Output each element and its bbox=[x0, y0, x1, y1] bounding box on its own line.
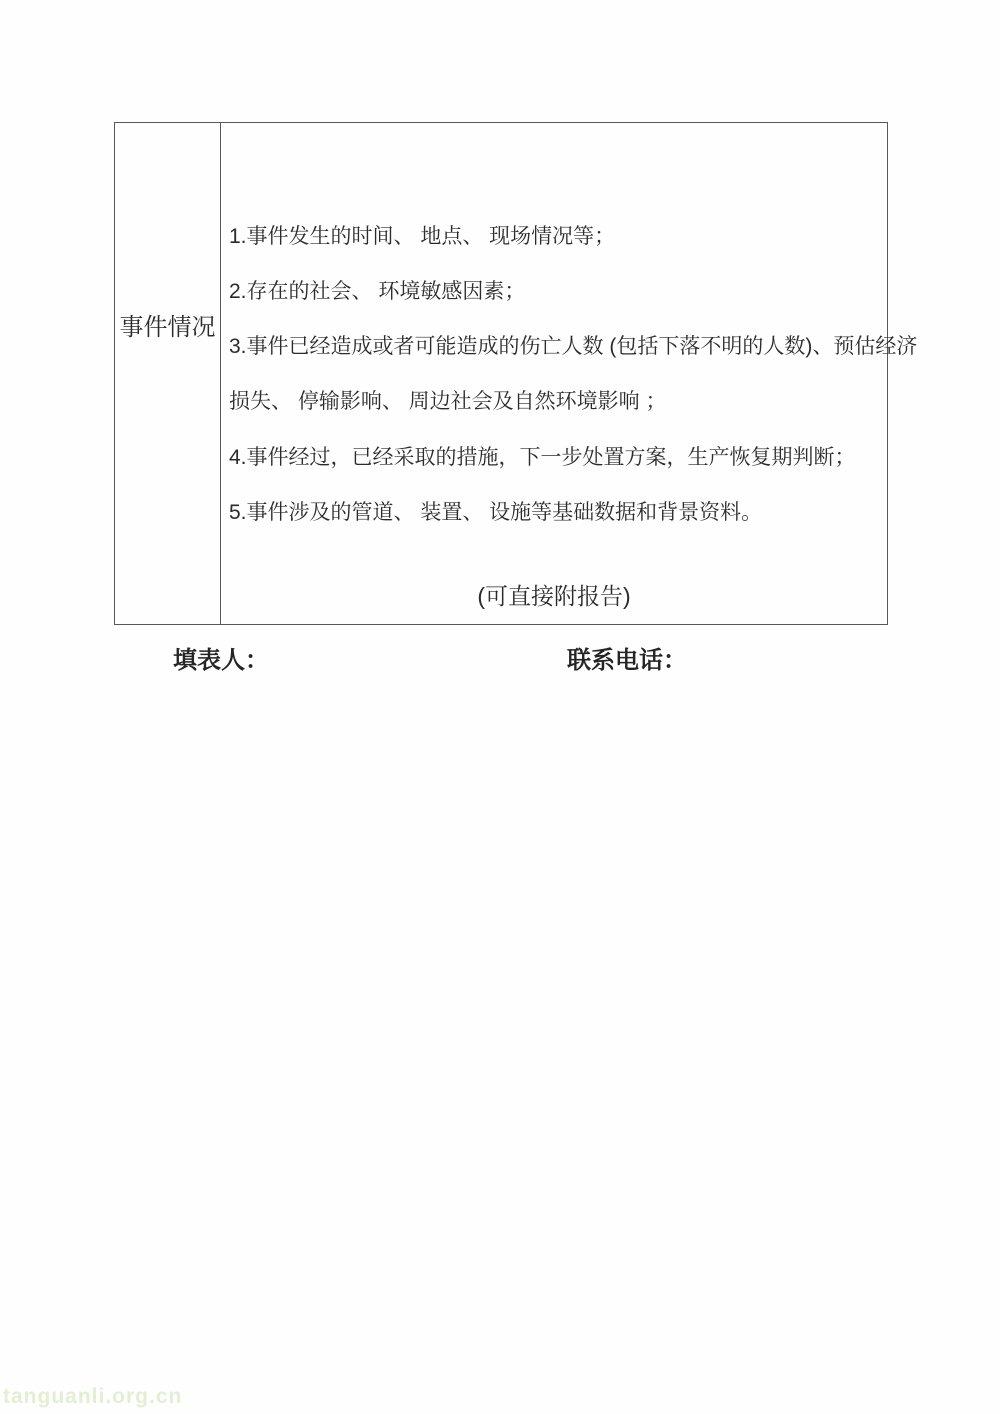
contact-phone-label: 联系电话： bbox=[567, 640, 687, 675]
row-label: 事件情况 bbox=[115, 307, 220, 342]
content-line-4: 4.事件经过，已经采取的措施，下一步处置方案，生产恢复期判断； bbox=[229, 444, 887, 472]
document-page: 事件情况 1.事件发生的时间、 地点、 现场情况等； 2.存在的社会、 环境敏感… bbox=[0, 0, 1000, 1414]
form-filler-label: 填表人： bbox=[173, 640, 269, 675]
watermark: tanguanli.org.cn bbox=[3, 1385, 182, 1409]
content-line-5: 5.事件涉及的管道、 装置、 设施等基础数据和背景资料。 bbox=[229, 499, 887, 527]
incident-table: 事件情况 1.事件发生的时间、 地点、 现场情况等； 2.存在的社会、 环境敏感… bbox=[114, 122, 888, 625]
content-line-3-continued: 损失、 停输影响、 周边社会及自然环境影响 ； bbox=[229, 388, 887, 416]
content-line-3: 3.事件已经造成或者可能造成的伤亡人数 (包括下落不明的人数)、预估经济 bbox=[229, 333, 887, 361]
content-line-1: 1.事件发生的时间、 地点、 现场情况等； bbox=[229, 223, 887, 251]
attach-report-note: (可直接附报告) bbox=[221, 578, 887, 611]
row-label-cell: 事件情况 bbox=[115, 123, 221, 624]
content-cell: 1.事件发生的时间、 地点、 现场情况等； 2.存在的社会、 环境敏感因素； 3… bbox=[221, 123, 887, 624]
content-line-2: 2.存在的社会、 环境敏感因素； bbox=[229, 278, 887, 306]
